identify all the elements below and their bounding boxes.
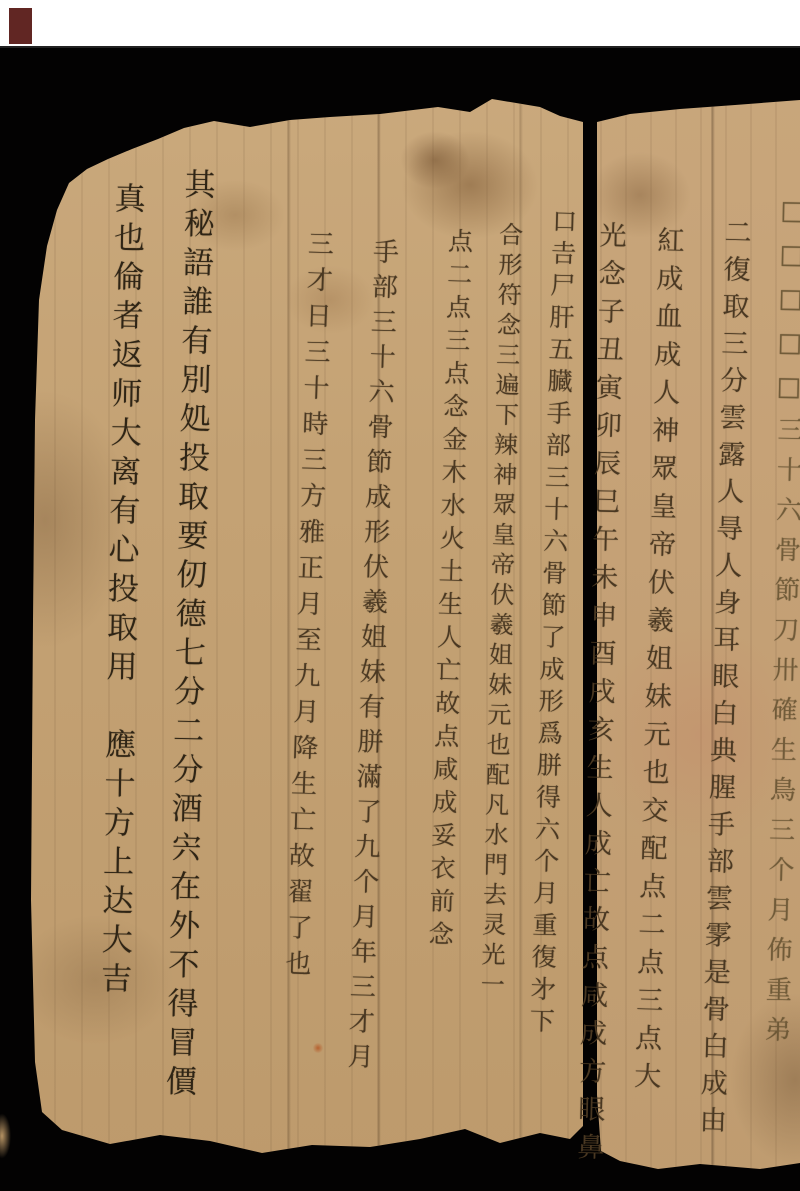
torn-paper-fiber bbox=[0, 1108, 16, 1166]
manuscript-photo: 口𠮷尸肝五臓手部三十六骨節了成形爲胼得六个月重復㐧下 合形符念三遍下辣神眾皇帝伏… bbox=[0, 0, 800, 1191]
scan-top-margin bbox=[0, 0, 800, 48]
red-mark bbox=[9, 8, 32, 44]
